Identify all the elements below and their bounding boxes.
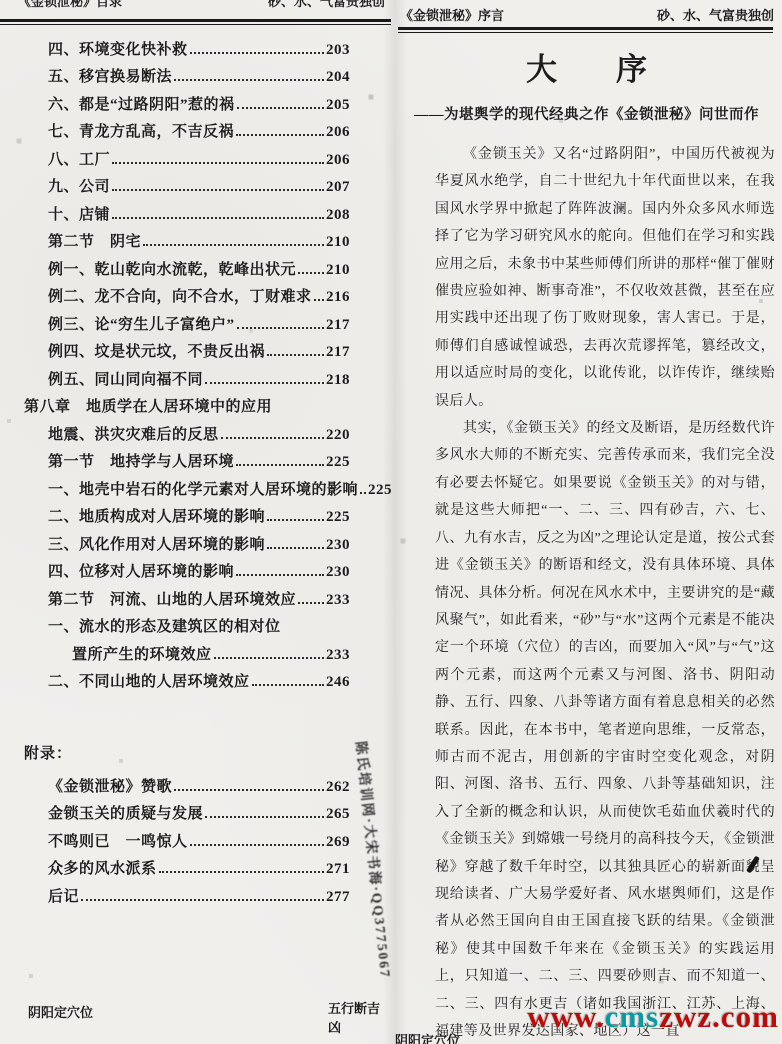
toc-leader-dots bbox=[236, 464, 324, 466]
toc-entry-page: 233 bbox=[326, 647, 350, 664]
website-watermark: www.cmszwz.com bbox=[527, 999, 779, 1035]
running-header-right: 砂、水、气富贵独创 bbox=[657, 5, 774, 24]
toc-entry-label: 六、都是“过路阴阳”惹的祸 bbox=[48, 93, 235, 114]
toc-entry: 例二、龙不合向，向不合水，丁财难求 216 bbox=[24, 279, 350, 307]
toc-entry: 二、不同山地的人居环境效应 246 bbox=[24, 664, 350, 692]
toc-leader-dots bbox=[236, 574, 324, 576]
toc-entry-label: 八、工厂 bbox=[48, 148, 110, 169]
toc-entry-page: 207 bbox=[326, 179, 350, 196]
toc-entry: 七、青龙方乱高，不吉反祸 206 bbox=[24, 114, 350, 142]
toc-entry-page: 277 bbox=[326, 889, 350, 906]
running-header-right-fragment: 砂、水、气富贵独创 bbox=[268, 0, 385, 10]
toc-entry-page: 225 bbox=[326, 454, 350, 471]
toc-leader-dots bbox=[252, 684, 324, 686]
toc-entry: 八、工厂 206 bbox=[24, 141, 350, 169]
toc-leader-dots bbox=[221, 437, 324, 439]
toc-entry-page: 217 bbox=[326, 344, 350, 361]
toc-entry: 十、店铺 208 bbox=[24, 196, 350, 224]
toc-entry: 不鸣则已 一鸣惊人 269 bbox=[24, 823, 350, 851]
toc-entry: 一、流水的形态及建筑区的相对位 bbox=[24, 609, 350, 637]
toc-entry-label: 例四、坟是状元坟，不贵反出祸 bbox=[48, 340, 265, 361]
toc-entry-label: 二、地质构成对人居环境的影响 bbox=[48, 505, 265, 526]
preface-paragraph: 《金锁玉关》又名“过路阴阳”，中国历代被视为华夏风水绝学，自二十世纪九十年代面世… bbox=[435, 141, 775, 415]
toc-entry: 二、地质构成对人居环境的影响 225 bbox=[24, 499, 350, 527]
toc-entry-page: 216 bbox=[326, 289, 350, 306]
toc-entry-page: 230 bbox=[326, 537, 350, 554]
toc-entry-page: 206 bbox=[326, 152, 350, 169]
toc-leader-dots bbox=[190, 52, 324, 54]
toc-entry-page: 205 bbox=[326, 97, 350, 114]
toc-entry-label: 金锁玉关的质疑与发展 bbox=[48, 802, 203, 823]
toc-entry-label: 例三、论“穷生儿子富绝户” bbox=[48, 313, 235, 334]
running-header-left-fragment: 《金锁泄秘》目录 bbox=[18, 0, 122, 10]
toc-leader-dots bbox=[236, 134, 324, 136]
toc-entry: 四、环境变化快补救 203 bbox=[24, 31, 350, 59]
toc-entry: 《金锁泄秘》赞歌 262 bbox=[24, 768, 350, 796]
preface-page: 《金锁泄秘》序言 砂、水、气富贵独创 大 序 ——为堪舆学的现代经典之作《金锁泄… bbox=[391, 0, 782, 1044]
toc-entry-page: 246 bbox=[326, 674, 350, 691]
toc-entry-page: 262 bbox=[326, 779, 350, 796]
toc-entry: 置所产生的环境效应 233 bbox=[24, 636, 350, 664]
toc-entry-page: 217 bbox=[326, 317, 350, 334]
toc-entry-label: 第二节 河流、山地的人居环境效应 bbox=[48, 588, 296, 609]
toc-entry-label: 例五、同山同向福不同 bbox=[48, 368, 203, 389]
toc-entry-label: 第二节 阴宅 bbox=[48, 230, 141, 251]
toc-entry-label: 例二、龙不合向，向不合水，丁财难求 bbox=[48, 285, 312, 306]
toc-entry-label: 四、位移对人居环境的影响 bbox=[48, 560, 234, 581]
toc-entry: 第八章 地质学在人居环境中的应用 bbox=[24, 389, 350, 417]
toc-entry-label: 地震、洪灾灾难后的反思 bbox=[48, 423, 219, 444]
preface-subtitle: ——为堪舆学的现代经典之作《金锁泄秘》问世而作 bbox=[391, 103, 782, 124]
preface-paragraph: 其实，《金锁玉关》的经文及断语，是历经数代许多风水大师的不断充实、完善传承而来，… bbox=[435, 415, 775, 1044]
toc-entry: 地震、洪灾灾难后的反思 220 bbox=[24, 416, 350, 444]
toc-entry-label: 十、店铺 bbox=[48, 203, 110, 224]
toc-leader-dots bbox=[190, 844, 324, 846]
toc-entry-page: 218 bbox=[326, 372, 350, 389]
toc-entry-label: 一、地壳中岩石的化学元素对人居环境的影响 bbox=[48, 478, 358, 499]
toc-leader-dots bbox=[267, 547, 324, 549]
toc-leader-dots bbox=[81, 899, 324, 901]
toc-entry: 例四、坟是状元坟，不贵反出祸 217 bbox=[24, 334, 350, 362]
toc-entry: 五、移宫换易断法 204 bbox=[24, 59, 350, 87]
toc-entry: 第二节 河流、山地的人居环境效应 233 bbox=[24, 581, 350, 609]
toc-leader-dots bbox=[214, 657, 324, 659]
toc-entry-label: 一、流水的形态及建筑区的相对位 bbox=[48, 615, 281, 636]
toc-entry: 后记 277 bbox=[24, 878, 350, 906]
toc-leader-dots bbox=[267, 519, 324, 521]
toc-entry: 例三、论“穷生儿子富绝户” 217 bbox=[24, 306, 350, 334]
preface-title: 大 序 bbox=[391, 44, 782, 89]
toc-entry-page: 271 bbox=[326, 861, 350, 878]
footer-left-tagline: 阴阳定穴位 bbox=[28, 1002, 93, 1021]
header-rule bbox=[0, 19, 391, 25]
toc-leader-dots bbox=[267, 354, 324, 356]
toc-leader-dots bbox=[112, 189, 324, 191]
toc-leader-dots bbox=[314, 299, 324, 301]
toc-entry-label: 七、青龙方乱高，不吉反祸 bbox=[48, 120, 234, 141]
toc-leader-dots bbox=[143, 244, 324, 246]
toc-list: 四、环境变化快补救 203 五、移宫换易断法 204 六、都是“过路阴阳”惹的祸… bbox=[24, 31, 350, 691]
cropped-running-header: 《金锁泄秘》目录 砂、水、气富贵独创 bbox=[0, 0, 391, 11]
toc-leader-dots bbox=[237, 107, 324, 109]
toc-entry-page: 203 bbox=[326, 42, 350, 59]
running-header: 《金锁泄秘》序言 砂、水、气富贵独创 bbox=[400, 5, 774, 24]
toc-entry: 第一节 地持学与人居环境 225 bbox=[24, 444, 350, 472]
toc-entry: 众多的风水派系 271 bbox=[24, 851, 350, 879]
toc-entry-page: 269 bbox=[326, 834, 350, 851]
toc-leader-dots bbox=[112, 217, 324, 219]
website-watermark-segment: zwz.com bbox=[659, 999, 779, 1034]
toc-entry-label: 《金锁泄秘》赞歌 bbox=[48, 775, 172, 796]
toc-entry-label: 第八章 地质学在人居环境中的应用 bbox=[24, 395, 272, 416]
toc-entry-label: 四、环境变化快补救 bbox=[48, 38, 188, 59]
toc-entry: 一、地壳中岩石的化学元素对人居环境的影响 225 bbox=[24, 471, 350, 499]
toc-entry-label: 置所产生的环境效应 bbox=[72, 643, 212, 664]
toc-entry-label: 九、公司 bbox=[48, 175, 110, 196]
toc-entry-page: 220 bbox=[326, 427, 350, 444]
toc-entry: 四、位移对人居环境的影响 230 bbox=[24, 554, 350, 582]
toc-entry-label: 众多的风水派系 bbox=[48, 857, 157, 878]
appendix-list: 《金锁泄秘》赞歌 262 金锁玉关的质疑与发展 265 不鸣则已 一鸣惊人 26… bbox=[24, 768, 350, 906]
website-watermark-segment: cms bbox=[605, 999, 660, 1034]
toc-leader-dots bbox=[174, 79, 324, 81]
header-rule bbox=[398, 27, 773, 33]
toc-entry: 三、风化作用对人居环境的影响 230 bbox=[24, 526, 350, 554]
toc-entry-label: 五、移宫换易断法 bbox=[48, 65, 172, 86]
toc-entry-page: 206 bbox=[326, 124, 350, 141]
toc-entry-label: 三、风化作用对人居环境的影响 bbox=[48, 533, 265, 554]
running-header-title: 《金锁泄秘》序言 bbox=[400, 5, 504, 24]
toc-entry-label: 后记 bbox=[48, 885, 79, 906]
toc-leader-dots bbox=[237, 327, 324, 329]
toc-entry: 例五、同山同向福不同 218 bbox=[24, 361, 350, 389]
toc-leader-dots bbox=[298, 602, 324, 604]
toc-entry-page: 233 bbox=[326, 592, 350, 609]
toc-entry-page: 230 bbox=[326, 564, 350, 581]
toc-entry-page: 210 bbox=[326, 262, 350, 279]
toc-entry-label: 第一节 地持学与人居环境 bbox=[48, 450, 234, 471]
appendix-heading: 附录： bbox=[24, 742, 72, 763]
toc-entry-page: 225 bbox=[368, 482, 391, 499]
toc-entry-page: 265 bbox=[326, 806, 350, 823]
toc-entry-page: 204 bbox=[326, 69, 350, 86]
toc-entry-label: 二、不同山地的人居环境效应 bbox=[48, 670, 250, 691]
toc-entry-page: 210 bbox=[326, 234, 350, 251]
toc-leader-dots bbox=[174, 789, 324, 791]
toc-entry-page: 208 bbox=[326, 207, 350, 224]
toc-leader-dots bbox=[205, 816, 324, 818]
preface-body: 《金锁玉关》又名“过路阴阳”，中国历代被视为华夏风水绝学，自二十世纪九十年代面世… bbox=[435, 141, 775, 1044]
toc-entry: 九、公司 207 bbox=[24, 169, 350, 197]
toc-page: 《金锁泄秘》目录 砂、水、气富贵独创 四、环境变化快补救 203 五、移宫换易断… bbox=[0, 0, 391, 1044]
footer-right-tagline: 五行断吉凶 bbox=[328, 998, 391, 1036]
toc-entry-label: 例一、乾山乾向水流乾，乾峰出状元 bbox=[48, 258, 296, 279]
toc-entry: 例一、乾山乾向水流乾，乾峰出状元 210 bbox=[24, 251, 350, 279]
toc-leader-dots bbox=[112, 162, 324, 164]
toc-entry: 金锁玉关的质疑与发展 265 bbox=[24, 796, 350, 824]
toc-leader-dots bbox=[360, 492, 366, 494]
toc-entry: 第二节 阴宅 210 bbox=[24, 224, 350, 252]
scanned-book-spread: 《金锁泄秘》目录 砂、水、气富贵独创 四、环境变化快补救 203 五、移宫换易断… bbox=[0, 0, 782, 1044]
right-page-footer-tagline: 阴阳定穴位 bbox=[395, 1030, 460, 1044]
toc-leader-dots bbox=[298, 272, 324, 274]
website-watermark-segment: www. bbox=[527, 999, 604, 1034]
toc-leader-dots bbox=[159, 871, 324, 873]
toc-leader-dots bbox=[205, 382, 324, 384]
toc-entry: 六、都是“过路阴阳”惹的祸 205 bbox=[24, 86, 350, 114]
toc-entry-label: 不鸣则已 一鸣惊人 bbox=[48, 830, 188, 851]
toc-entry-page: 225 bbox=[326, 509, 350, 526]
